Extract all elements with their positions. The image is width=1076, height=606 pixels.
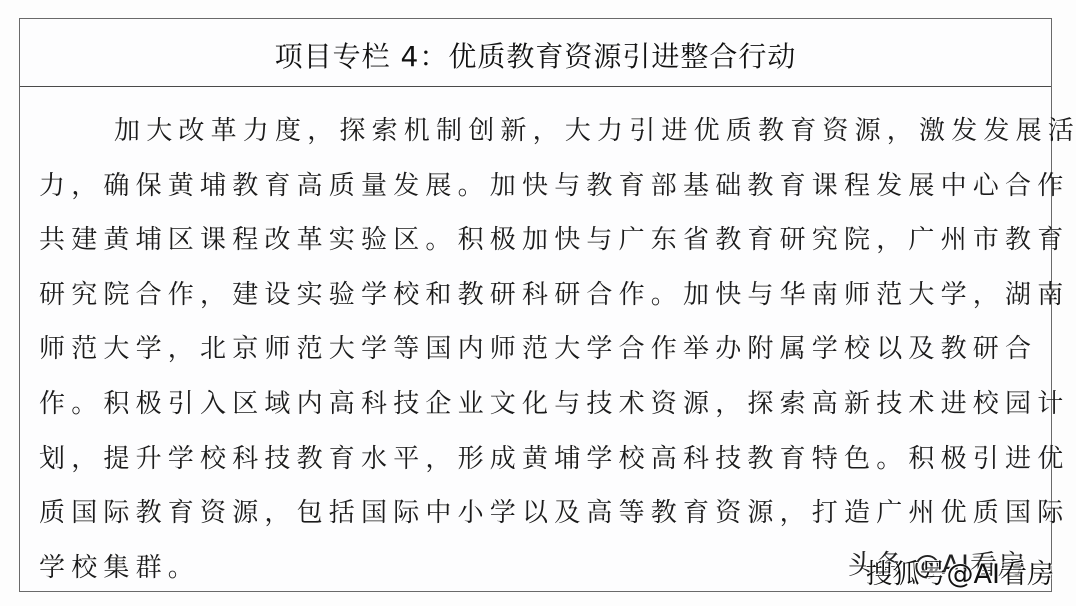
paragraph-line: 作。积极引入区域内高科技企业文化与技术资源，探索高新技术进校园计	[39, 377, 1033, 432]
paragraph-line: 划，提升学校科技教育水平，形成黄埔学校高科技教育特色。积极引进优	[39, 432, 1033, 487]
paragraph-line: 加大改革力度，探索机制创新，大力引进优质教育资源，激发发展活	[39, 104, 1033, 159]
project-column-box: 项目专栏 4：优质教育资源引进整合行动 加大改革力度，探索机制创新，大力引进优质…	[19, 18, 1052, 592]
column-title: 项目专栏 4：优质教育资源引进整合行动	[275, 35, 797, 75]
body-paragraph: 加大改革力度，探索机制创新，大力引进优质教育资源，激发发展活 力，确保黄埔教育高…	[20, 87, 1051, 595]
paragraph-line: 师范大学，北京师范大学等国内师范大学合作举办附属学校以及教研合	[39, 322, 1033, 377]
paragraph-line: 力，确保黄埔教育高质量发展。加快与教育部基础教育课程发展中心合作	[39, 159, 1033, 214]
watermark-sohu: 搜狐号@AI看房	[866, 560, 1054, 590]
paragraph-line: 质国际教育资源，包括国际中小学以及高等教育资源，打造广州优质国际	[39, 486, 1033, 541]
paragraph-line: 共建黄埔区课程改革实验区。积极加快与广东省教育研究院，广州市教育	[39, 213, 1033, 268]
paragraph-line: 研究院合作，建设实验学校和教研科研合作。加快与华南师范大学，湖南	[39, 268, 1033, 323]
title-row: 项目专栏 4：优质教育资源引进整合行动	[20, 19, 1051, 87]
